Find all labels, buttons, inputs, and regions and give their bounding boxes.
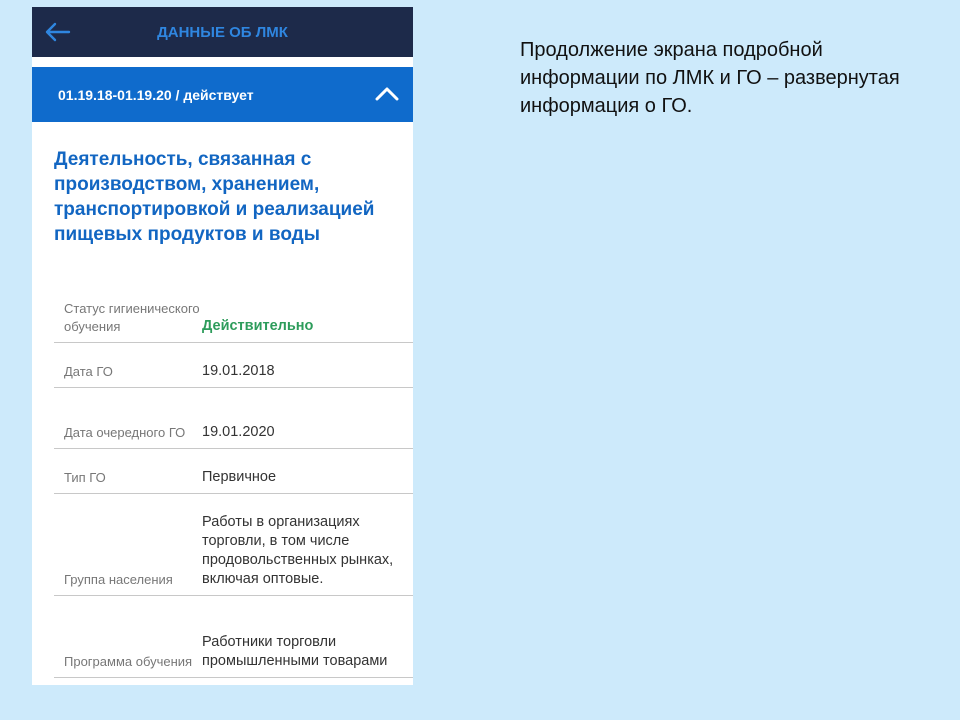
row-label: Дата ГО	[54, 363, 202, 387]
detail-row-status: Статус гигиенического обучения Действите…	[54, 269, 413, 343]
row-label: Тип ГО	[54, 469, 202, 493]
row-label: Программа обучения	[54, 653, 202, 677]
row-value: Первичное	[202, 468, 413, 493]
detail-row-population-group: Группа населения Работы в организациях т…	[54, 494, 413, 596]
detail-row-type: Тип ГО Первичное	[54, 449, 413, 494]
phone-screen: ДАННЫЕ ОБ ЛМК 01.19.18-01.19.20 / действ…	[32, 7, 413, 685]
detail-row-date: Дата ГО 19.01.2018	[54, 343, 413, 388]
page-title: ДАННЫЕ ОБ ЛМК	[32, 7, 413, 57]
row-value: 19.01.2020	[202, 423, 413, 448]
row-label: Статус гигиенического обучения	[54, 300, 202, 342]
app-bar: ДАННЫЕ ОБ ЛМК	[32, 7, 413, 57]
section-title: Деятельность, связанная с производством,…	[54, 147, 404, 247]
slide-caption: Продолжение экрана подробной информации …	[520, 36, 920, 120]
row-label: Группа населения	[54, 571, 202, 595]
details-list: Статус гигиенического обучения Действите…	[54, 269, 413, 678]
row-value: Работники торговли промышленными товарам…	[202, 633, 413, 677]
status-value: Действительно	[202, 317, 413, 342]
chevron-up-icon[interactable]	[375, 86, 399, 102]
row-value: Работы в организациях торговли, в том чи…	[202, 513, 413, 595]
lmk-accordion-header[interactable]: 01.19.18-01.19.20 / действует	[32, 67, 413, 122]
detail-row-next-date: Дата очередного ГО 19.01.2020	[54, 388, 413, 449]
row-label: Дата очередного ГО	[54, 424, 202, 448]
accordion-label: 01.19.18-01.19.20 / действует	[58, 67, 254, 124]
detail-row-program: Программа обучения Работники торговли пр…	[54, 596, 413, 678]
row-value: 19.01.2018	[202, 362, 413, 387]
